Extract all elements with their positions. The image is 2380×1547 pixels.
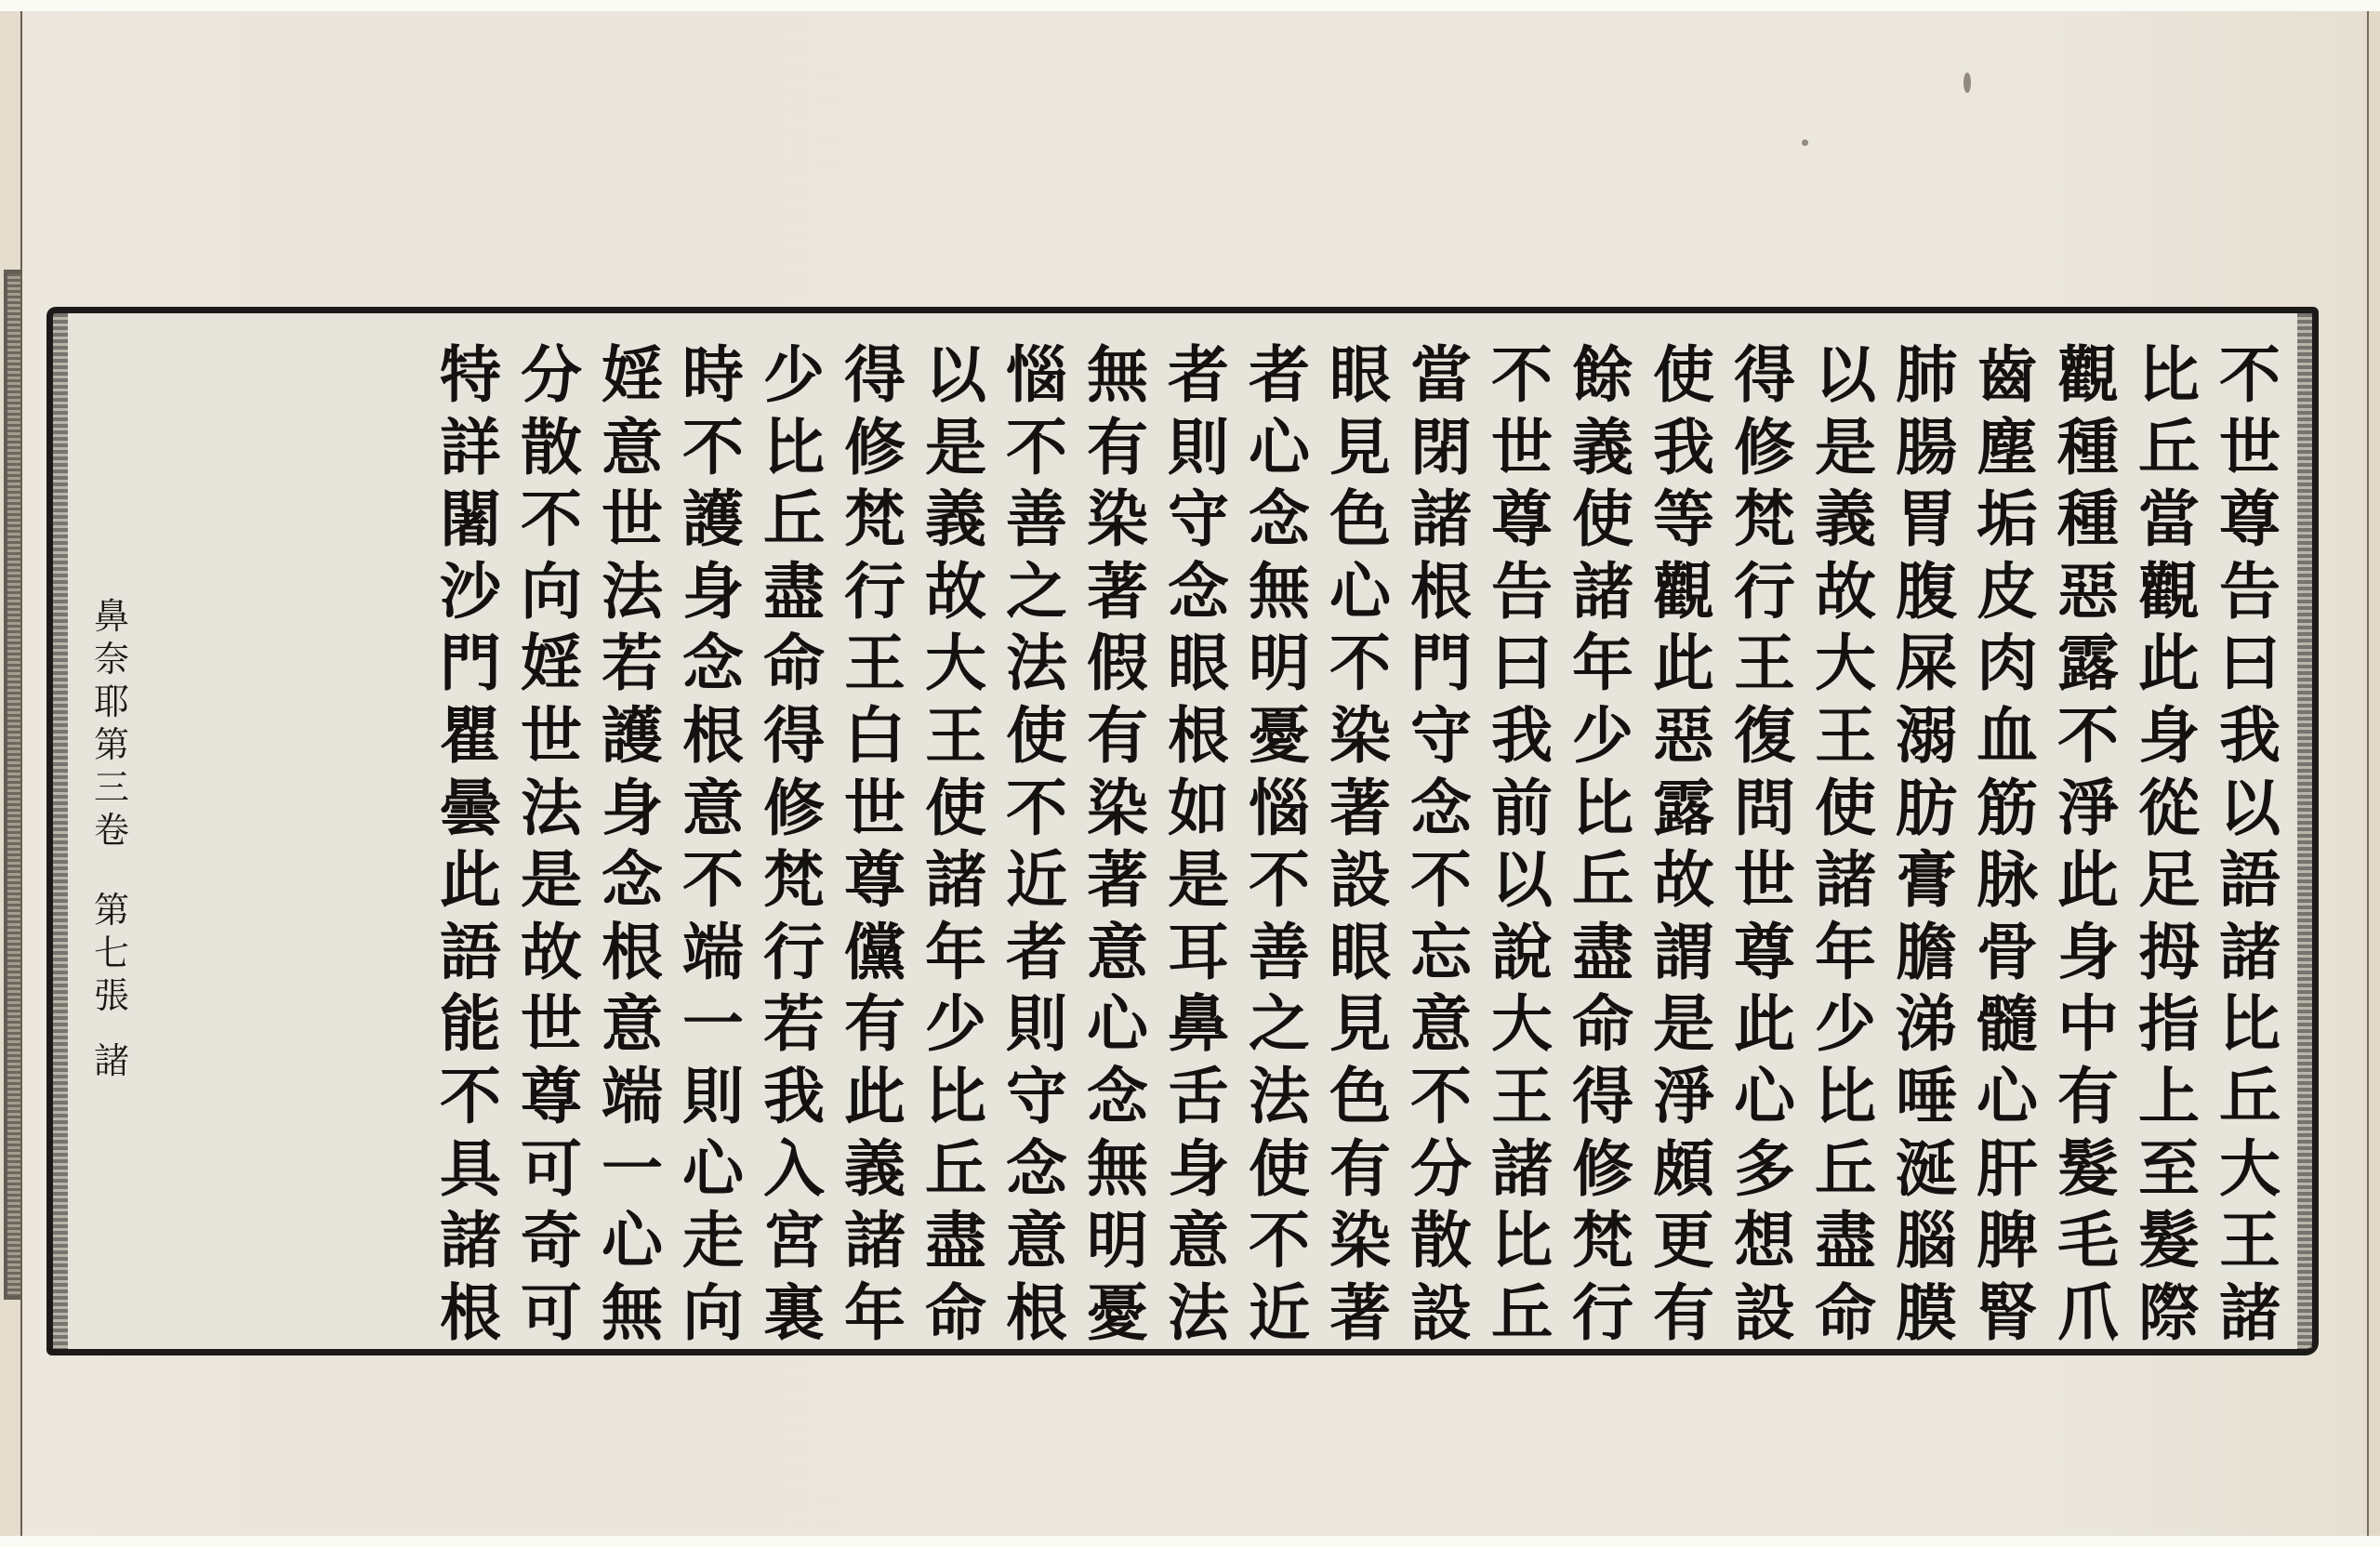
frame-border-right: [2297, 313, 2312, 1349]
text-column: 使我等觀此惡露故謂是淨頗更有: [1649, 313, 1718, 1349]
glyph: 沙: [436, 556, 505, 628]
glyph: 種: [2054, 412, 2122, 484]
glyph: 著: [1083, 844, 1152, 917]
glyph: 如: [1164, 773, 1233, 845]
glyph: 則: [1002, 988, 1071, 1061]
glyph: 以: [2215, 773, 2284, 845]
glyph: 明: [1245, 628, 1314, 700]
glyph: 者: [1245, 339, 1314, 412]
glyph: 使: [1002, 700, 1071, 773]
glyph: 髓: [1973, 988, 2042, 1061]
glyph: 諸: [1407, 483, 1475, 556]
colophon-page-chars: 第七張: [94, 889, 129, 1017]
glyph: 心: [679, 1133, 747, 1206]
glyph: 法: [517, 773, 586, 845]
glyph: 大: [1811, 628, 1880, 700]
glyph: 以: [1811, 339, 1880, 412]
glyph: 諸: [840, 1205, 909, 1277]
glyph: 脾: [1973, 1205, 2042, 1277]
glyph: 此: [1730, 988, 1799, 1061]
glyph: 設: [1407, 1277, 1475, 1350]
colophon-margin: 鼻奈耶第三卷 鼻奈耶第三卷 第七張 第七張 諸: [88, 595, 135, 1082]
glyph: 念: [598, 844, 667, 917]
glyph: 尊: [1487, 483, 1556, 556]
glyph: 膜: [1892, 1277, 1961, 1350]
glyph: 不: [679, 844, 747, 917]
glyph: 義: [1811, 483, 1880, 556]
colophon-glyph: 第: [94, 889, 129, 932]
glyph: 設: [1326, 844, 1395, 917]
glyph: 守: [1002, 1061, 1071, 1133]
text-column: 肺腸胃腹屎溺肪膏膽涕唾涎腦膜: [1892, 313, 1961, 1349]
glyph: 肺: [1892, 339, 1961, 412]
glyph: 義: [1568, 412, 1637, 484]
glyph: 筋: [1973, 773, 2042, 845]
glyph: 諸: [1568, 556, 1637, 628]
glyph: 謂: [1649, 917, 1718, 989]
glyph: 是: [921, 412, 990, 484]
glyph: 設: [1730, 1277, 1799, 1350]
glyph: 齒: [1973, 339, 2042, 412]
glyph: 得: [760, 700, 828, 773]
glyph: 觀: [2054, 339, 2122, 412]
glyph: 尊: [517, 1061, 586, 1133]
glyph: 曰: [2215, 628, 2284, 700]
glyph: 者: [1002, 917, 1071, 989]
glyph: 無: [598, 1277, 667, 1350]
glyph: 有: [1326, 1133, 1395, 1206]
text-column: 惱不善之法使不近者則守念意根: [1002, 313, 1071, 1349]
glyph: 鼻: [1164, 988, 1233, 1061]
glyph: 露: [2054, 628, 2122, 700]
glyph: 諸: [436, 1205, 505, 1277]
glyph: 此: [840, 1061, 909, 1133]
glyph: 皮: [1973, 556, 2042, 628]
glyph: 意: [1164, 1205, 1233, 1277]
text-column: 者心念無明憂惱不善之法使不近: [1245, 313, 1314, 1349]
text-column: 餘義使諸年少比丘盡命得修梵行: [1568, 313, 1637, 1349]
glyph: 比: [2215, 988, 2284, 1061]
glyph: 惱: [1002, 339, 1071, 412]
glyph: 時: [679, 339, 747, 412]
glyph: 念: [1164, 556, 1233, 628]
glyph: 門: [436, 628, 505, 700]
text-column: 得修梵行王復問世尊此心多想設: [1730, 313, 1799, 1349]
glyph: 不: [436, 1061, 505, 1133]
glyph: 以: [921, 339, 990, 412]
glyph: 我: [2215, 700, 2284, 773]
glyph: 詳: [436, 412, 505, 484]
glyph: 大: [1487, 988, 1556, 1061]
glyph: 語: [436, 917, 505, 989]
glyph: 王: [840, 628, 909, 700]
glyph: 行: [840, 556, 909, 628]
glyph: 盡: [760, 556, 828, 628]
glyph: 得: [1730, 339, 1799, 412]
glyph: 眼: [1164, 628, 1233, 700]
glyph: 比: [1811, 1061, 1880, 1133]
glyph: 盡: [1568, 917, 1637, 989]
catchword: 諸: [94, 1039, 129, 1082]
glyph: 意: [1002, 1205, 1071, 1277]
glyph: 我: [1487, 700, 1556, 773]
glyph: 無: [1083, 1133, 1152, 1206]
glyph: 少: [1811, 988, 1880, 1061]
glyph: 染: [1083, 773, 1152, 845]
glyph: 王: [2215, 1205, 2284, 1277]
glyph: 眼: [1326, 917, 1395, 989]
glyph: 毛: [2054, 1205, 2122, 1277]
glyph: 散: [1407, 1205, 1475, 1277]
glyph: 不: [1002, 412, 1071, 484]
glyph: 走: [679, 1205, 747, 1277]
glyph: 念: [1407, 773, 1475, 845]
glyph: 骨: [1973, 917, 2042, 989]
glyph: 比: [760, 412, 828, 484]
text-column: 得修梵行王白世尊儻有此義諸年: [840, 313, 909, 1349]
glyph: 守: [1407, 700, 1475, 773]
glyph: 一: [598, 1133, 667, 1206]
glyph: 以: [1487, 844, 1556, 917]
glyph: 故: [1811, 556, 1880, 628]
glyph: 修: [840, 412, 909, 484]
glyph: 涎: [1892, 1133, 1961, 1206]
glyph: 有: [840, 988, 909, 1061]
glyph: 染: [1326, 1205, 1395, 1277]
glyph: 心: [1083, 988, 1152, 1061]
glyph: 奇: [517, 1205, 586, 1277]
glyph: 婬: [517, 628, 586, 700]
glyph: 心: [1973, 1061, 2042, 1133]
glyph: 見: [1326, 988, 1395, 1061]
colophon-title-chars: 鼻奈耶第三卷: [94, 595, 129, 852]
glyph: 根: [1002, 1277, 1071, 1350]
glyph: 中: [2054, 988, 2122, 1061]
glyph: 入: [760, 1133, 828, 1206]
text-column: 比丘當觀此身從足拇指上至髮際: [2135, 313, 2203, 1349]
glyph: 世: [598, 483, 667, 556]
glyph: 肉: [1973, 628, 2042, 700]
glyph: 端: [679, 917, 747, 989]
glyph: 大: [2215, 1133, 2284, 1206]
glyph: 閉: [1407, 412, 1475, 484]
glyph: 著: [1326, 773, 1395, 845]
glyph: 則: [679, 1061, 747, 1133]
glyph: 際: [2135, 1277, 2203, 1350]
glyph: 王: [1487, 1061, 1556, 1133]
glyph: 腸: [1892, 412, 1961, 484]
text-column: 不世尊告曰我以語諸比丘大王諸: [2215, 313, 2284, 1349]
glyph: 王: [1730, 628, 1799, 700]
glyph: 是: [1649, 988, 1718, 1061]
glyph: 世: [2215, 412, 2284, 484]
glyph: 腹: [1892, 556, 1961, 628]
glyph: 身: [598, 773, 667, 845]
glyph: 憂: [1083, 1277, 1152, 1350]
glyph: 護: [598, 700, 667, 773]
glyph: 告: [2215, 556, 2284, 628]
glyph: 修: [760, 773, 828, 845]
glyph: 諸: [2215, 1277, 2284, 1350]
glyph: 眼: [1326, 339, 1395, 412]
glyph: 盡: [1811, 1205, 1880, 1277]
glyph: 命: [1568, 988, 1637, 1061]
glyph: 是: [517, 844, 586, 917]
glyph: 意: [1083, 917, 1152, 989]
glyph: 溺: [1892, 700, 1961, 773]
glyph: 舌: [1164, 1061, 1233, 1133]
glyph: 色: [1326, 483, 1395, 556]
colophon-glyph: 卷: [94, 809, 129, 852]
glyph: 行: [1730, 556, 1799, 628]
glyph: 脉: [1973, 844, 2042, 917]
glyph: 想: [1730, 1205, 1799, 1277]
glyph: 不: [1245, 844, 1314, 917]
glyph: 有: [2054, 1061, 2122, 1133]
glyph: 有: [1083, 700, 1152, 773]
glyph: 梵: [840, 483, 909, 556]
glyph: 年: [921, 917, 990, 989]
glyph: 身: [2135, 700, 2203, 773]
glyph: 膏: [1892, 844, 1961, 917]
glyph: 心: [1326, 556, 1395, 628]
text-column: 時不護身念根意不端一則心走向: [679, 313, 747, 1349]
text-column: 少比丘盡命得修梵行若我入宮裏: [760, 313, 828, 1349]
glyph: 念: [1002, 1133, 1071, 1206]
glyph: 義: [840, 1133, 909, 1206]
glyph: 之: [1245, 988, 1314, 1061]
right-page-edge: [2367, 11, 2380, 1536]
glyph: 足: [2135, 844, 2203, 917]
glyph: 著: [1083, 556, 1152, 628]
ink-spot: [1963, 73, 1971, 93]
glyph: 不: [2215, 339, 2284, 412]
ink-spot: [1802, 139, 1808, 146]
text-column: 觀種種惡露不淨此身中有髮毛爪: [2054, 313, 2122, 1349]
frame-border-left: [53, 313, 68, 1349]
glyph: 身: [2054, 917, 2122, 989]
glyph: 語: [2215, 844, 2284, 917]
glyph: 瞿: [436, 700, 505, 773]
glyph: 屎: [1892, 628, 1961, 700]
glyph: 分: [1407, 1133, 1475, 1206]
glyph: 年: [1568, 628, 1637, 700]
glyph: 守: [1164, 483, 1233, 556]
glyph: 宮: [760, 1205, 828, 1277]
glyph: 丘: [1568, 844, 1637, 917]
glyph: 諸: [2215, 917, 2284, 989]
glyph: 尊: [840, 844, 909, 917]
glyph: 意: [598, 412, 667, 484]
glyph: 有: [1649, 1277, 1718, 1350]
glyph: 念: [1245, 483, 1314, 556]
glyph: 髮: [2054, 1133, 2122, 1206]
glyph: 法: [1164, 1277, 1233, 1350]
glyph: 散: [517, 412, 586, 484]
glyph: 上: [2135, 1061, 2203, 1133]
glyph: 心: [1730, 1061, 1799, 1133]
glyph: 尊: [2215, 483, 2284, 556]
text-column: 特詳闍沙門瞿曇此語能不具諸根: [436, 313, 505, 1349]
glyph: 命: [760, 628, 828, 700]
glyph: 故: [1649, 844, 1718, 917]
glyph: 丘: [1487, 1277, 1556, 1350]
glyph: 餘: [1568, 339, 1637, 412]
glyph: 身: [679, 556, 747, 628]
glyph: 婬: [598, 339, 667, 412]
glyph: 一: [679, 988, 747, 1061]
glyph: 惱: [1245, 773, 1314, 845]
glyph: 尊: [1730, 917, 1799, 989]
glyph: 忘: [1407, 917, 1475, 989]
glyph: 身: [1164, 1133, 1233, 1206]
glyph: 當: [2135, 483, 2203, 556]
glyph: 者: [1164, 339, 1233, 412]
glyph: 髮: [2135, 1205, 2203, 1277]
glyph: 頗: [1649, 1133, 1718, 1206]
glyph: 則: [1164, 412, 1233, 484]
glyph: 端: [598, 1061, 667, 1133]
glyph: 法: [1002, 628, 1071, 700]
glyph: 惡: [1649, 700, 1718, 773]
text-column: 無有染著假有染著意心念無明憂: [1083, 313, 1152, 1349]
glyph: 分: [517, 339, 586, 412]
glyph: 意: [1407, 988, 1475, 1061]
glyph: 丘: [760, 483, 828, 556]
colophon-glyph: 張: [94, 974, 129, 1017]
glyph: 多: [1730, 1133, 1799, 1206]
glyph: 是: [1164, 844, 1233, 917]
text-column: 以是義故大王使諸年少比丘盡命: [1811, 313, 1880, 1349]
glyph: 無: [1083, 339, 1152, 412]
glyph: 觀: [2135, 556, 2203, 628]
glyph: 梵: [1730, 483, 1799, 556]
glyph: 可: [517, 1133, 586, 1206]
glyph: 著: [1326, 1277, 1395, 1350]
glyph: 腎: [1973, 1277, 2042, 1350]
glyph: 假: [1083, 628, 1152, 700]
glyph: 指: [2135, 988, 2203, 1061]
text-column: 眼見色心不染著設眼見色有染著: [1326, 313, 1395, 1349]
colophon-glyph: 三: [94, 766, 129, 809]
glyph: 告: [1487, 556, 1556, 628]
glyph: 修: [1730, 412, 1799, 484]
glyph: 根: [598, 917, 667, 989]
glyph: 大: [921, 628, 990, 700]
glyph: 使: [1245, 1133, 1314, 1206]
glyph: 世: [1730, 844, 1799, 917]
glyph: 年: [840, 1277, 909, 1350]
glyph: 年: [1811, 917, 1880, 989]
glyph: 垢: [1973, 483, 2042, 556]
adjacent-page-border: [4, 270, 20, 1300]
glyph: 具: [436, 1133, 505, 1206]
text-column: 不世尊告曰我前以說大王諸比丘: [1487, 313, 1556, 1349]
glyph: 曰: [1487, 628, 1556, 700]
glyph: 世: [1487, 412, 1556, 484]
glyph: 爪: [2054, 1277, 2122, 1350]
glyph: 儻: [840, 917, 909, 989]
glyph: 根: [1407, 556, 1475, 628]
glyph: 諸: [1487, 1133, 1556, 1206]
glyph: 比: [2135, 339, 2203, 412]
glyph: 血: [1973, 700, 2042, 773]
glyph: 拇: [2135, 917, 2203, 989]
glyph: 特: [436, 339, 505, 412]
glyph: 行: [760, 917, 828, 989]
glyph: 此: [1649, 628, 1718, 700]
glyph: 憂: [1245, 700, 1314, 773]
glyph: 根: [679, 700, 747, 773]
glyph: 諸: [921, 844, 990, 917]
glyph: 少: [1568, 700, 1637, 773]
glyph: 丘: [921, 1133, 990, 1206]
glyph: 此: [2054, 844, 2122, 917]
glyph: 王: [1811, 700, 1880, 773]
glyph: 曇: [436, 773, 505, 845]
glyph: 得: [1568, 1061, 1637, 1133]
glyph: 等: [1649, 483, 1718, 556]
glyph: 是: [1811, 412, 1880, 484]
glyph: 不: [1326, 628, 1395, 700]
glyph: 種: [2054, 483, 2122, 556]
glyph: 能: [436, 988, 505, 1061]
glyph: 不: [517, 483, 586, 556]
colophon-glyph: 七: [94, 932, 129, 974]
glyph: 善: [1002, 483, 1071, 556]
colophon-glyph: 鼻: [94, 595, 129, 638]
glyph: 善: [1245, 917, 1314, 989]
glyph: 唾: [1892, 1061, 1961, 1133]
glyph: 世: [840, 773, 909, 845]
glyph: 塵: [1973, 412, 2042, 484]
glyph: 腦: [1892, 1205, 1961, 1277]
glyph: 耳: [1164, 917, 1233, 989]
glyph: 得: [840, 339, 909, 412]
glyph: 露: [1649, 773, 1718, 845]
glyph: 我: [1649, 412, 1718, 484]
glyph: 念: [1083, 1061, 1152, 1133]
glyph: 淨: [2054, 773, 2122, 845]
glyph: 胃: [1892, 483, 1961, 556]
glyph: 丘: [1811, 1133, 1880, 1206]
glyph: 使: [1811, 773, 1880, 845]
text-column: 齒塵垢皮肉血筋脉骨髓心肝脾腎: [1973, 313, 2042, 1349]
glyph: 向: [517, 556, 586, 628]
text-column: 以是義故大王使諸年少比丘盡命: [921, 313, 990, 1349]
glyph: 王: [921, 700, 990, 773]
glyph: 意: [679, 773, 747, 845]
glyph: 此: [2135, 628, 2203, 700]
text-column: 婬意世法若護身念根意端一心無: [598, 313, 667, 1349]
glyph: 淨: [1649, 1061, 1718, 1133]
glyph: 使: [921, 773, 990, 845]
glyph: 涕: [1892, 988, 1961, 1061]
glyph: 世: [517, 700, 586, 773]
glyph: 觀: [1649, 556, 1718, 628]
glyph: 命: [1811, 1277, 1880, 1350]
glyph: 我: [760, 1061, 828, 1133]
glyph: 使: [1649, 339, 1718, 412]
glyph: 不: [679, 412, 747, 484]
glyph: 根: [1164, 700, 1233, 773]
glyph: 若: [598, 628, 667, 700]
glyph: 心: [1245, 412, 1314, 484]
glyph: 從: [2135, 773, 2203, 845]
glyph: 若: [760, 988, 828, 1061]
glyph: 近: [1245, 1277, 1314, 1350]
glyph: 比: [921, 1061, 990, 1133]
